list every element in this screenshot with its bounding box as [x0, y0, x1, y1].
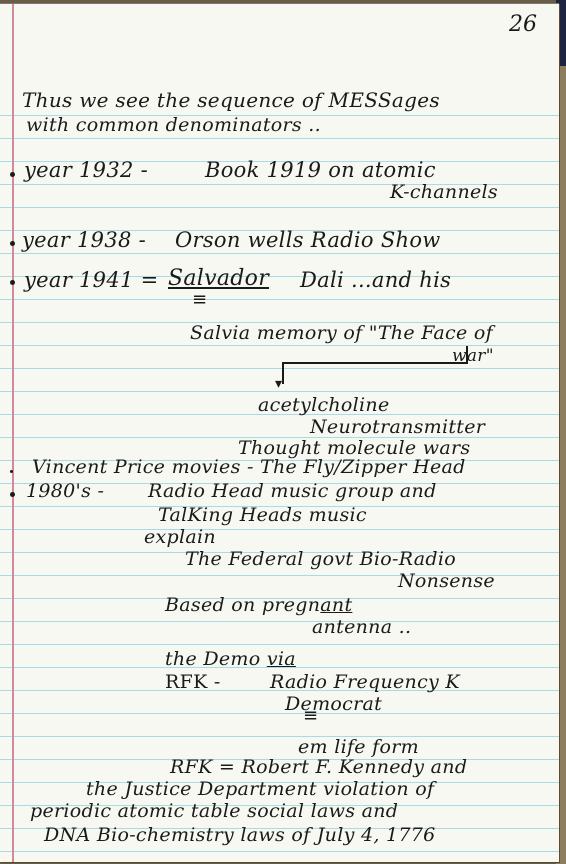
entry-1932-continuation: K-channels	[390, 181, 498, 203]
notebook-page: 26 Thus we see the sequence of MESSages …	[0, 3, 559, 862]
diagram-acetylcholine: acetylcholine	[258, 394, 390, 416]
entry-1932-label: year 1932 -	[24, 158, 148, 182]
rfk-label: RFK -	[165, 671, 221, 693]
vincent-price-line: Vincent Price movies - The Fly/Zipper He…	[32, 456, 466, 478]
eighties-line-1: Radio Head music group and	[148, 480, 437, 502]
closing-line-2: RFK = Robert F. Kennedy and	[170, 756, 467, 778]
red-margin-line	[12, 4, 14, 862]
based-line-1: Based on pregnant	[165, 594, 352, 616]
squiggle-mark-icon: ≡	[192, 296, 207, 304]
entry-1941-continuation: Salvia memory of "The Face of	[190, 322, 493, 344]
eighties-line-2: TalKing Heads music	[158, 504, 367, 526]
entry-1932-text: Book 1919 on atomic	[205, 158, 436, 182]
eighties-line-4: The Federal govt Bio-Radio	[185, 548, 456, 570]
demo-line: the Demo via	[165, 648, 296, 670]
intro-line-1: Thus we see the sequence of MESSages	[22, 88, 440, 112]
entry-1941-underlined-name: Salvador	[168, 266, 269, 291]
entry-1938-label: year 1938 -	[22, 228, 146, 252]
demo-prefix: the Demo	[165, 648, 261, 670]
bracket-connector	[466, 346, 468, 363]
entry-1938-text: Orson wells Radio Show	[175, 228, 441, 252]
squiggle-mark-icon: ≡	[303, 712, 318, 720]
bullet-icon	[10, 172, 15, 177]
bullet-icon	[10, 492, 15, 497]
entry-1941-label: year 1941 =	[24, 268, 159, 292]
diagram-neurotransmitter: Neurotransmitter	[310, 416, 485, 438]
rfk-text: Radio Frequency K	[270, 671, 460, 693]
eighties-line-3: explain	[144, 526, 216, 548]
intro-line-2: with common denominators ..	[26, 114, 321, 136]
bullet-icon	[10, 280, 15, 285]
eighties-label: 1980's -	[26, 480, 104, 502]
bracket-line	[282, 362, 468, 364]
rfk-democrat: Democrat	[285, 693, 382, 715]
closing-line-1: em life form	[298, 736, 419, 758]
bullet-icon	[10, 241, 15, 246]
page-number: 26	[509, 12, 537, 37]
based-underlined: ant	[320, 594, 352, 616]
closing-line-3: the Justice Department violation of	[86, 778, 434, 800]
bullet-icon	[10, 470, 13, 473]
closing-line-4: periodic atomic table social laws and	[30, 800, 398, 822]
eighties-line-5: Nonsense	[398, 570, 495, 592]
based-line-2: antenna ..	[312, 616, 411, 638]
closing-line-5: DNA Bio-chemistry laws of July 4, 1776	[44, 824, 436, 846]
arrow-down-icon: ▾	[275, 376, 282, 392]
demo-underlined: via	[267, 648, 296, 670]
entry-1941-text: Dali ...and his	[300, 268, 451, 292]
based-prefix: Based on pregn	[165, 594, 320, 616]
